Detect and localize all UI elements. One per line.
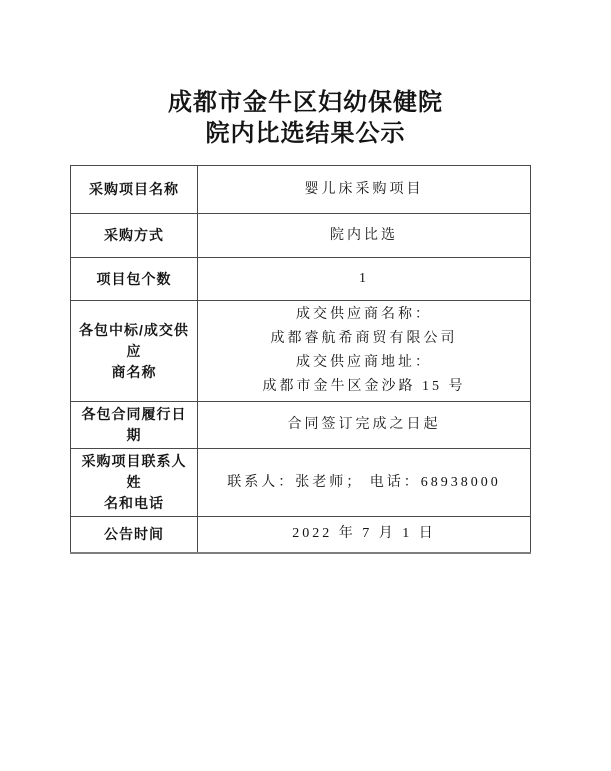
row-label-announcement-date: 公告时间 xyxy=(71,517,198,553)
table-row: 采购项目名称 婴儿床采购项目 xyxy=(71,166,531,214)
row-value-contact-info: 联系人：张老师； 电话：68938000 xyxy=(198,449,531,517)
page-title: 成都市金牛区妇幼保健院 院内比选结果公示 xyxy=(0,88,611,150)
page-title-line2: 院内比选结果公示 xyxy=(0,119,611,150)
row-value-procurement-method: 院内比选 xyxy=(198,214,531,258)
row-label-project-name: 采购项目名称 xyxy=(71,166,198,214)
table-row: 采购项目联系人姓 名和电话 联系人：张老师； 电话：68938000 xyxy=(71,449,531,517)
row-label-contract-date: 各包合同履行日期 xyxy=(71,402,198,449)
row-label-winning-supplier: 各包中标/成交供应 商名称 xyxy=(71,301,198,402)
procurement-result-table: 采购项目名称 婴儿床采购项目 采购方式 院内比选 项目包个数 1 各包中标/成交… xyxy=(70,165,531,554)
row-value-winning-supplier: 成交供应商名称： 成都睿航希商贸有限公司 成交供应商地址： 成都市金牛区金沙路 … xyxy=(198,301,531,402)
table-row: 项目包个数 1 xyxy=(71,258,531,301)
row-value-package-count: 1 xyxy=(198,258,531,301)
row-value-contract-date: 合同签订完成之日起 xyxy=(198,402,531,449)
row-value-announcement-date: 2022 年 7 月 1 日 xyxy=(198,517,531,553)
page-title-line1: 成都市金牛区妇幼保健院 xyxy=(0,88,611,119)
table-row: 各包中标/成交供应 商名称 成交供应商名称： 成都睿航希商贸有限公司 成交供应商… xyxy=(71,301,531,402)
row-label-contact-info: 采购项目联系人姓 名和电话 xyxy=(71,449,198,517)
row-label-procurement-method: 采购方式 xyxy=(71,214,198,258)
document-page: 成都市金牛区妇幼保健院 院内比选结果公示 采购项目名称 婴儿床采购项目 采购方式… xyxy=(0,0,611,771)
table-row: 公告时间 2022 年 7 月 1 日 xyxy=(71,517,531,553)
row-value-project-name: 婴儿床采购项目 xyxy=(198,166,531,214)
table-row: 采购方式 院内比选 xyxy=(71,214,531,258)
row-label-package-count: 项目包个数 xyxy=(71,258,198,301)
table-row: 各包合同履行日期 合同签订完成之日起 xyxy=(71,402,531,449)
